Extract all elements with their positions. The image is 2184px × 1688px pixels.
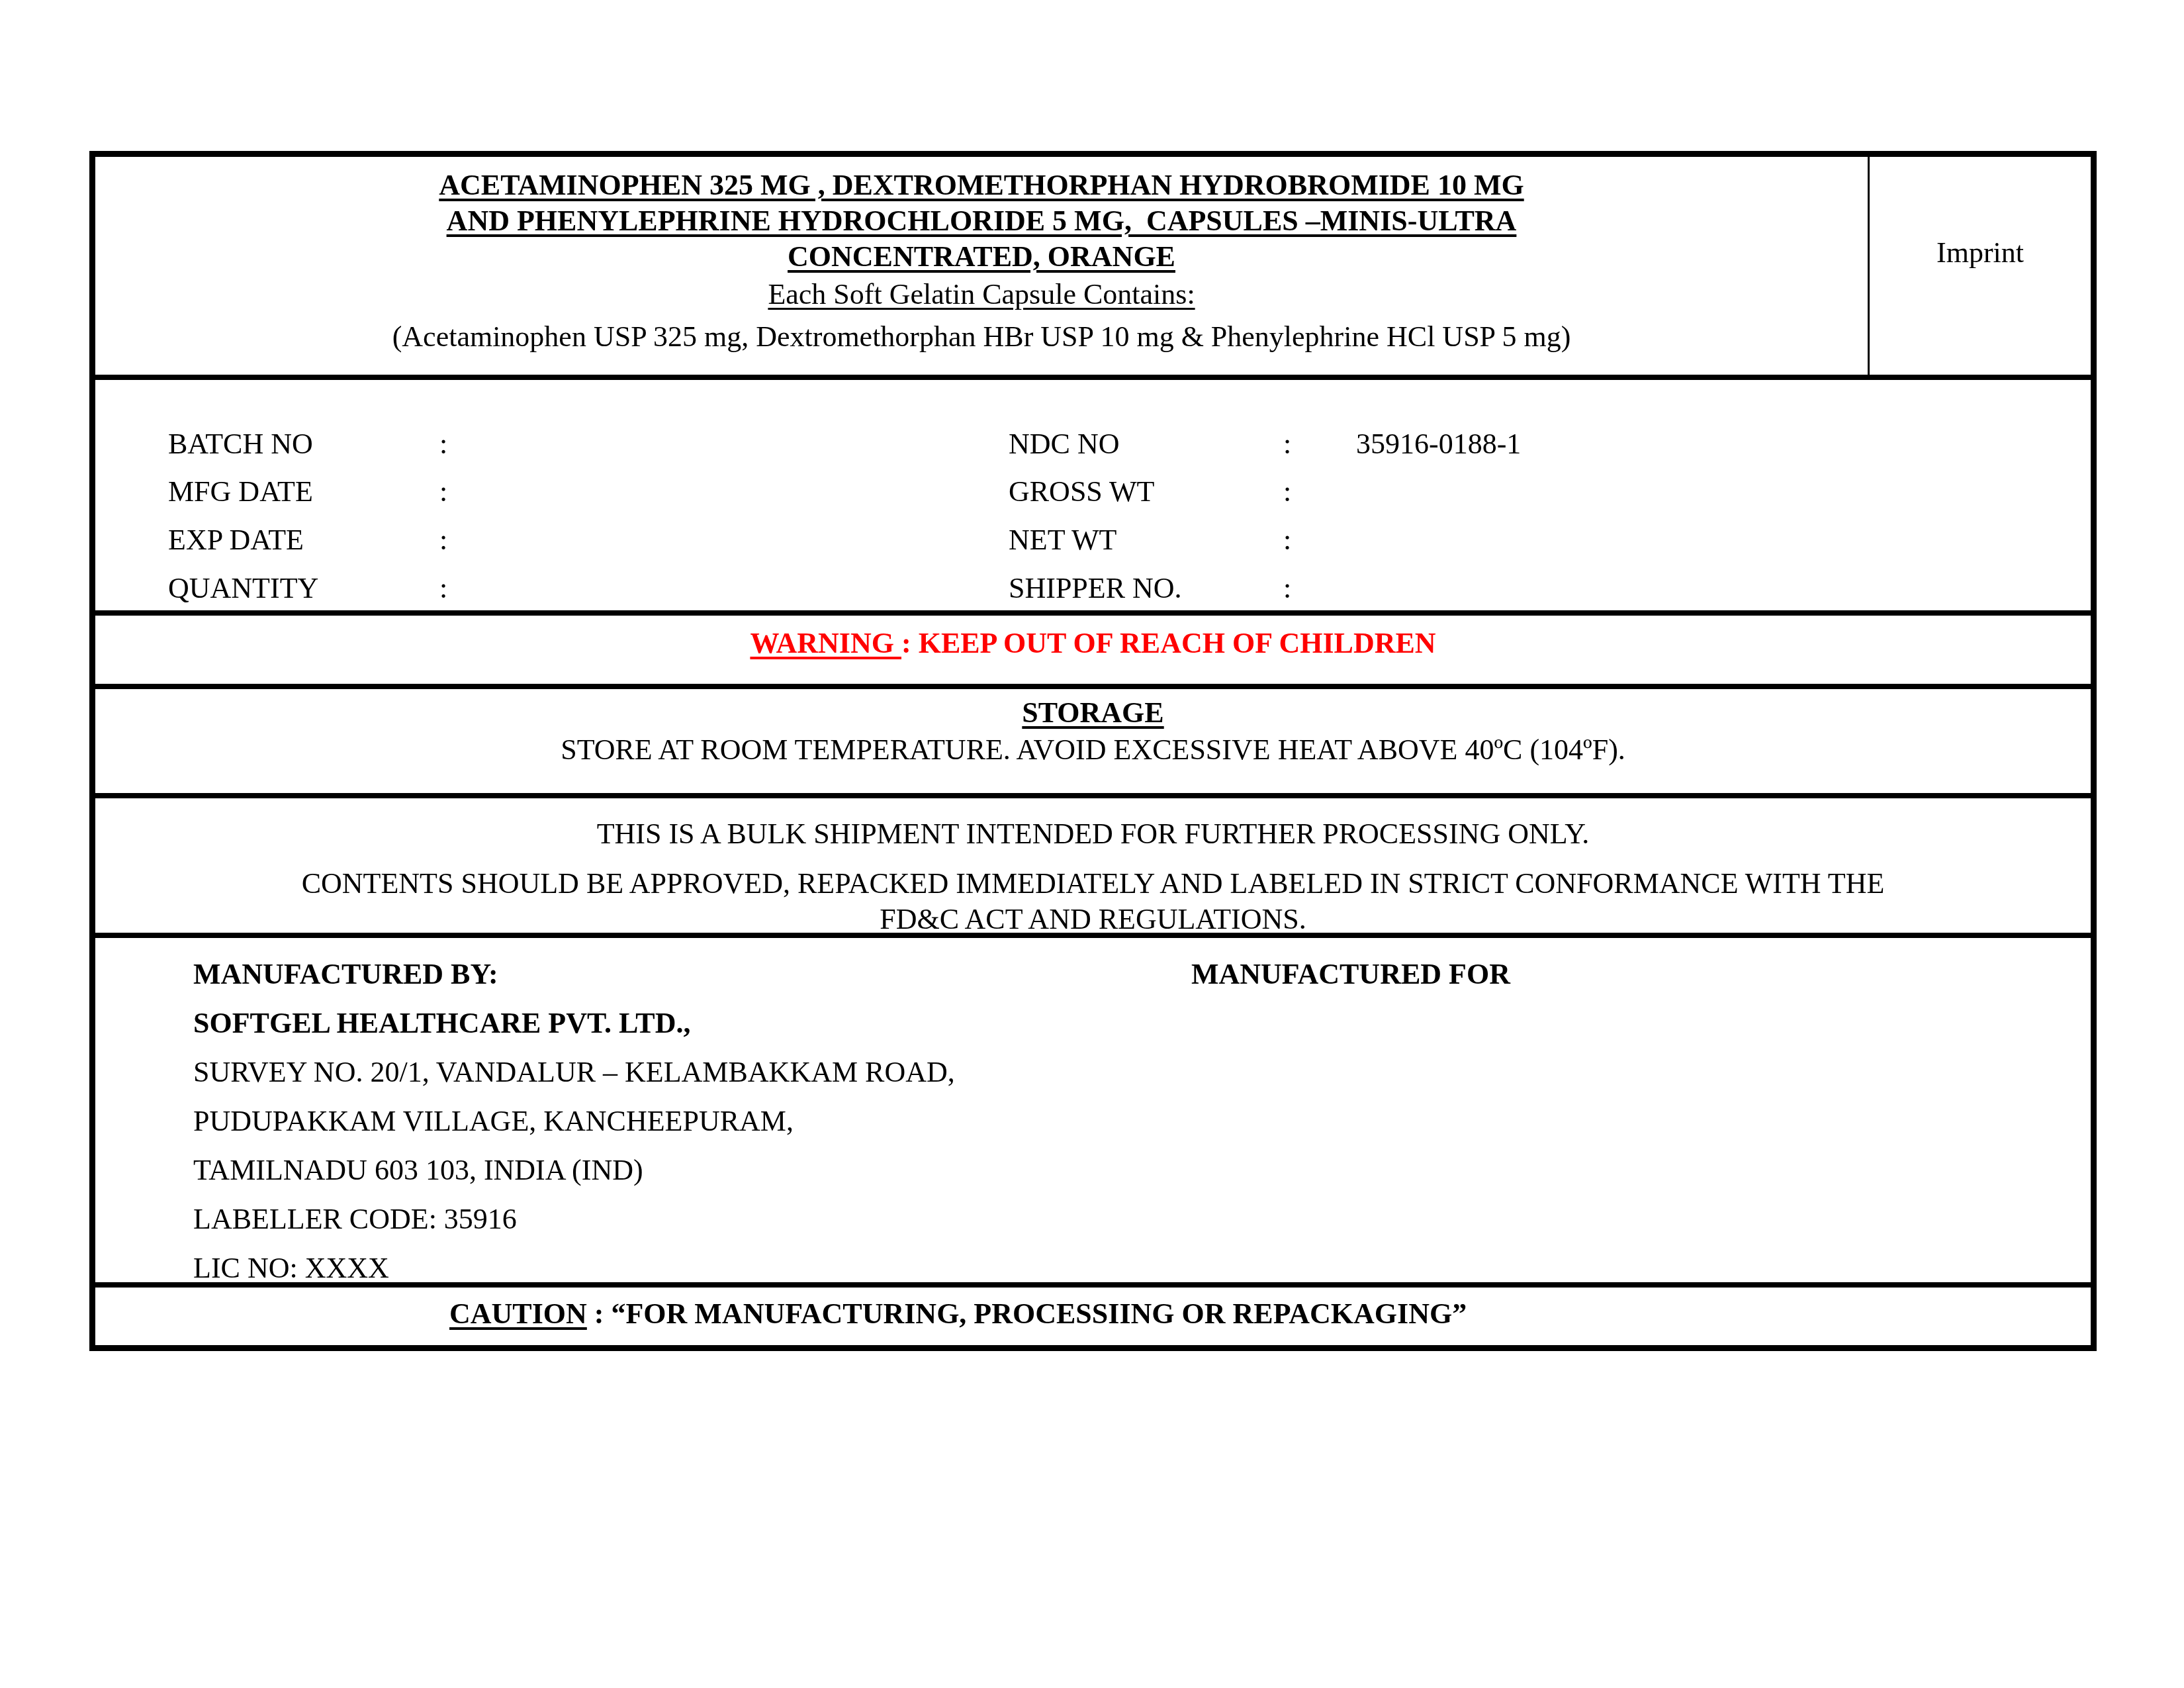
bulk-notice-line-2: CONTENTS SHOULD BE APPROVED, REPACKED IM… xyxy=(95,866,2091,902)
manufactured-for-heading: MANUFACTURED FOR xyxy=(1191,950,1510,999)
field-colon: : xyxy=(1283,524,1291,557)
caution-row: CAUTION : “FOR MANUFACTURING, PROCESSIIN… xyxy=(95,1288,2091,1345)
field-colon: : xyxy=(1283,572,1291,605)
labeller-code: LABELLER CODE: 35916 xyxy=(193,1195,955,1244)
storage-row: STORAGE STORE AT ROOM TEMPERATURE. AVOID… xyxy=(95,689,2091,798)
storage-instructions: STORE AT ROOM TEMPERATURE. AVOID EXCESSI… xyxy=(95,730,2091,770)
field-label: GROSS WT xyxy=(1009,475,1154,508)
manufacturer-address-line: PUDUPAKKAM VILLAGE, KANCHEEPURAM, xyxy=(193,1097,955,1146)
field-colon: : xyxy=(1283,475,1291,508)
product-title-block: ACETAMINOPHEN 325 MG , DEXTROMETHORPHAN … xyxy=(95,157,1868,375)
manufactured-for-block: MANUFACTURED FOR xyxy=(1191,950,1510,999)
product-title-line-3: CONCENTRATED, ORANGE xyxy=(95,239,1868,275)
product-title-line-1: ACETAMINOPHEN 325 MG , DEXTROMETHORPHAN … xyxy=(95,167,1868,203)
product-header: ACETAMINOPHEN 325 MG , DEXTROMETHORPHAN … xyxy=(95,157,2091,380)
manufacturer-address-line: SURVEY NO. 20/1, VANDALUR – KELAMBAKKAM … xyxy=(193,1048,955,1097)
field-label: EXP DATE xyxy=(168,524,304,557)
manufactured-by-heading: MANUFACTURED BY: xyxy=(193,950,955,999)
bulk-notice-line-1: THIS IS A BULK SHIPMENT INTENDED FOR FUR… xyxy=(95,817,2091,851)
warning-row: WARNING : KEEP OUT OF REACH OF CHILDREN xyxy=(95,616,2091,689)
product-title-line-2: AND PHENYLEPHRINE HYDROCHLORIDE 5 MG, CA… xyxy=(95,203,1868,239)
field-label: BATCH NO xyxy=(168,428,313,461)
field-label: MFG DATE xyxy=(168,475,313,508)
manufacturer-row: MANUFACTURED BY: SOFTGEL HEALTHCARE PVT.… xyxy=(95,938,2091,1288)
caution-text: : “FOR MANUFACTURING, PROCESSIING OR REP… xyxy=(587,1297,1467,1330)
caution-label: CAUTION xyxy=(449,1297,587,1330)
shipment-fields: BATCH NO : MFG DATE : EXP DATE : QUANTIT… xyxy=(95,380,2091,616)
field-colon: : xyxy=(439,475,447,508)
imprint-cell: Imprint xyxy=(1868,157,2091,375)
capsule-composition: (Acetaminophen USP 325 mg, Dextromethorp… xyxy=(95,317,1868,357)
field-label: NET WT xyxy=(1009,524,1116,557)
bulk-notice-line-3: FD&C ACT AND REGULATIONS. xyxy=(95,902,2091,937)
ndc-number-value: 35916-0188-1 xyxy=(1356,428,1521,461)
manufacturer-company-name: SOFTGEL HEALTHCARE PVT. LTD., xyxy=(193,999,955,1048)
manufacturer-address-line: TAMILNADU 603 103, INDIA (IND) xyxy=(193,1146,955,1195)
field-label: SHIPPER NO. xyxy=(1009,572,1182,605)
warning-label: WARNING xyxy=(750,627,901,659)
warning-text: : KEEP OUT OF REACH OF CHILDREN xyxy=(901,627,1436,659)
bulk-shipment-notice: THIS IS A BULK SHIPMENT INTENDED FOR FUR… xyxy=(95,798,2091,938)
bulk-shipment-label: ACETAMINOPHEN 325 MG , DEXTROMETHORPHAN … xyxy=(89,151,2097,1351)
field-colon: : xyxy=(439,572,447,605)
field-colon: : xyxy=(439,428,447,461)
storage-heading: STORAGE xyxy=(95,696,2091,730)
license-number: LIC NO: XXXX xyxy=(193,1244,955,1293)
field-label: QUANTITY xyxy=(168,572,318,605)
field-colon: : xyxy=(439,524,447,557)
imprint-label: Imprint xyxy=(1936,236,2024,269)
capsule-contents-heading: Each Soft Gelatin Capsule Contains: xyxy=(95,276,1868,313)
manufactured-by-block: MANUFACTURED BY: SOFTGEL HEALTHCARE PVT.… xyxy=(193,950,955,1293)
field-label: NDC NO xyxy=(1009,428,1119,461)
field-colon: : xyxy=(1283,428,1291,461)
